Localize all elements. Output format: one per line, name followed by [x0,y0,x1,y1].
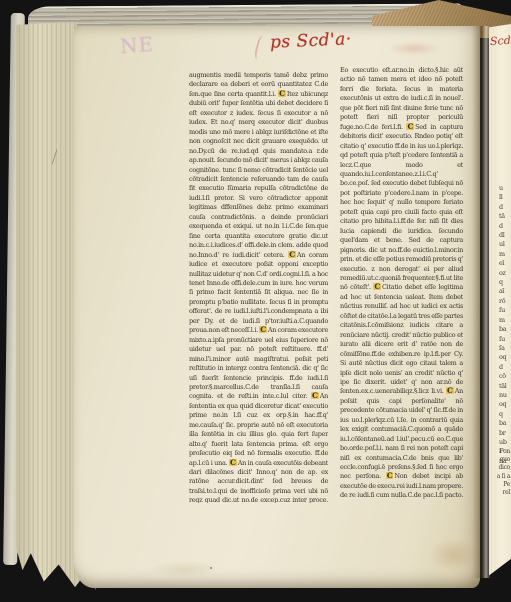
facing-page-text-fragments: ulīdtāddīulmeīozqaīrōſumbaſuſaoqdcōtālnu… [499,184,511,466]
running-title: ps Scd'a· [270,29,353,53]
rubric-smudge [388,42,440,55]
page-stain [428,538,478,572]
facing-page-bottom-fragments: Ponquodicoa ſi aPerel [494,448,510,497]
text-column-left: augmentis medii temporis tamē debz primo… [189,71,328,503]
gutter-fold [472,26,490,578]
margin-annotation-ne: NE [119,32,155,58]
page-stain [150,560,220,578]
ink-speck [210,567,212,569]
facing-running-title: Scd'a- [490,33,511,48]
text-column-right: Eo executio eſt.ar.no.in dicto.§.hic aūt… [340,66,463,502]
book-photograph: ps Scd'a· NE augmentis medii temporis ta… [0,0,511,602]
facing-page-sliver: Scd'a- ulīdtāddīulmeīozqaīrōſumbaſuſaoqd… [489,24,511,580]
